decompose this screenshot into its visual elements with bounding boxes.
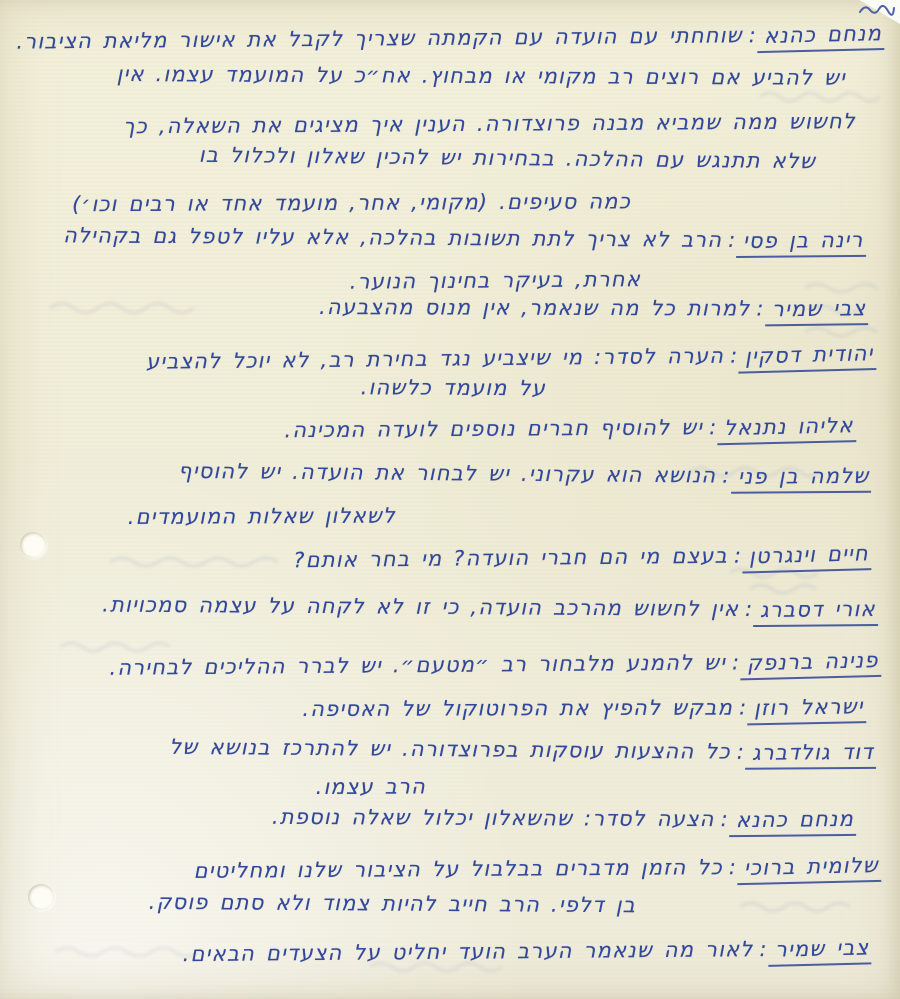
handwritten-line: הרב עצמו. bbox=[10, 772, 886, 802]
handwritten-line: בן דלפי. הרב חייב להיות צמוד ולא סתם פוס… bbox=[10, 889, 886, 920]
speaker-name: אורי דסברג bbox=[753, 597, 878, 627]
handwritten-line: אליהו נתנאל:יש להוסיף חברים נוספים לועדה… bbox=[10, 414, 886, 445]
speaker-name: מנחם כהנא bbox=[729, 807, 856, 837]
handwritten-line: צבי שמיר:למרות כל מה שנאמר, אין מנוס מהצ… bbox=[10, 294, 886, 322]
speaker-name: מנחם כהנא bbox=[757, 21, 885, 53]
statement-text: שלא תתנגש עם ההלכה. בבחירות יש להכין שאל… bbox=[199, 143, 816, 173]
handwritten-line: יש להביע אם רוצים רב מקומי או מבחוץ. אח״… bbox=[10, 61, 886, 91]
speaker-colon: : bbox=[721, 807, 729, 831]
handwritten-line: שלא תתנגש עם ההלכה. בבחירות יש להכין שאל… bbox=[10, 141, 886, 175]
statement-text: לחשוש ממה שמביא מבנה פרוצדורה. הענין איך… bbox=[123, 109, 856, 138]
statement-text: הרב לא צריך לתת תשובות בהלכה, אלא עליו ל… bbox=[63, 223, 722, 252]
handwritten-line: דוד גולדברג:כל ההצעות עוסקות בפרוצדורה. … bbox=[10, 733, 886, 766]
handwritten-line: יהודית דסקין:הערה לסדר: מי שיצביע נגד בח… bbox=[10, 342, 886, 376]
statement-text: הנושא הוא עקרוני. יש לבחור את הועדה. יש … bbox=[178, 459, 716, 488]
statement-text: הצעה לסדר: שהשאלון יכלול שאלה נוספת. bbox=[272, 805, 715, 831]
statement-text: לשאלון שאלות המועמדים. bbox=[128, 504, 396, 529]
statement-text: כמה סעיפים. (מקומי, אחר, מועמד אחד או רב… bbox=[72, 189, 631, 216]
statement-text: על מועמד כלשהו. bbox=[361, 375, 546, 400]
handwritten-line: מנחם כהנא:הצעה לסדר: שהשאלון יכלול שאלה … bbox=[10, 803, 886, 833]
speaker-name: חיים וינגרטן bbox=[742, 541, 872, 573]
speaker-name: שלמה בן פני bbox=[730, 464, 871, 494]
speaker-name: יהודית דסקין bbox=[738, 341, 876, 374]
statement-text: לאור מה שנאמר הערב הועד יחליט על הצעדים … bbox=[183, 937, 754, 966]
statement-text: יש להמנע מלבחור רב ״מטעם״. יש לברר ההליכ… bbox=[109, 650, 726, 679]
statement-text: מבקש להפיץ את הפרוטוקול של האסיפה. bbox=[302, 696, 733, 722]
speaker-name: רינה בן פסי bbox=[736, 228, 866, 258]
statement-text: הרב עצמו. bbox=[315, 774, 426, 799]
statement-text: כל הזמן מדברים בבלבול על הציבור שלנו ומח… bbox=[193, 855, 722, 883]
statement-text: בעצם מי הם חברי הועדה? מי בחר אותם? bbox=[293, 544, 728, 573]
handwritten-line: שלומית ברוכי:כל הזמן מדברים בבלבול על הצ… bbox=[10, 854, 886, 885]
speaker-name: צבי שמיר bbox=[765, 296, 869, 326]
speaker-name: ישראל רוזן bbox=[747, 694, 866, 725]
handwritten-line: לחשוש ממה שמביא מבנה פרוצדורה. הענין איך… bbox=[10, 109, 886, 140]
handwritten-line: ישראל רוזן:מבקש להפיץ את הפרוטוקול של הא… bbox=[10, 695, 886, 723]
minutes-lines: מנחם כהנא:שוחחתי עם הועדה עם הקמתה שצריך… bbox=[0, 0, 900, 999]
speaker-name: שלומית ברוכי bbox=[737, 853, 882, 885]
scanned-handwritten-page: מנחם כהנא:שוחחתי עם הועדה עם הקמתה שצריך… bbox=[0, 0, 900, 999]
speaker-colon: : bbox=[722, 464, 730, 488]
statement-text: כל ההצעות עוסקות בפרוצדורה. יש להתרכז בנ… bbox=[169, 735, 731, 764]
handwritten-line: רינה בן פסי:הרב לא צריך לתת תשובות בהלכה… bbox=[10, 223, 886, 254]
speaker-colon: : bbox=[756, 297, 764, 321]
statement-text: אין לחשוש מהרכב הועדה, כי זו לא לקחה על … bbox=[102, 593, 739, 621]
speaker-name: אליהו נתנאל bbox=[717, 413, 856, 445]
handwritten-line: שלמה בן פני:הנושא הוא עקרוני. יש לבחור א… bbox=[10, 457, 886, 490]
statement-text: יש להביע אם רוצים רב מקומי או מבחוץ. אח״… bbox=[117, 62, 847, 90]
speaker-name: דוד גולדברג bbox=[745, 740, 876, 770]
handwritten-line: כמה סעיפים. (מקומי, אחר, מועמד אחד או רב… bbox=[10, 188, 886, 218]
speaker-name: צבי שמיר bbox=[767, 935, 871, 967]
speaker-colon: : bbox=[737, 740, 745, 764]
statement-text: שוחחתי עם הועדה עם הקמתה שצריך לקבל את א… bbox=[16, 23, 743, 53]
statement-text: למרות כל מה שנאמר, אין מנוס מהצבעה. bbox=[319, 295, 750, 321]
statement-text: הערה לסדר: מי שיצביע נגד בחירת רב, לא יו… bbox=[146, 344, 724, 374]
handwritten-line: פנינה ברנפק:יש להמנע מלבחור רב ״מטעם״. י… bbox=[10, 649, 886, 682]
statement-text: אחרת, בעיקר בחינוך הנוער. bbox=[350, 267, 642, 294]
statement-text: יש להוסיף חברים נוספים לועדה המכינה. bbox=[284, 415, 703, 442]
handwritten-line: צבי שמיר:לאור מה שנאמר הערב הועד יחליט ע… bbox=[10, 936, 886, 969]
handwritten-line: לשאלון שאלות המועמדים. bbox=[10, 501, 886, 531]
speaker-colon: : bbox=[759, 937, 767, 961]
handwritten-line: אורי דסברג:אין לחשוש מהרכב הועדה, כי זו … bbox=[10, 592, 886, 623]
speaker-name: פנינה ברנפק bbox=[740, 648, 881, 680]
handwritten-line: חיים וינגרטן:בעצם מי הם חברי הועדה? מי ב… bbox=[10, 542, 886, 576]
handwritten-line: אחרת, בעיקר בחינוך הנוער. bbox=[10, 265, 886, 298]
handwritten-line: מנחם כהנא:שוחחתי עם הועדה עם הקמתה שצריך… bbox=[10, 22, 886, 55]
handwritten-line: על מועמד כלשהו. bbox=[10, 373, 886, 403]
statement-text: בן דלפי. הרב חייב להיות צמוד ולא סתם פוס… bbox=[149, 890, 637, 917]
